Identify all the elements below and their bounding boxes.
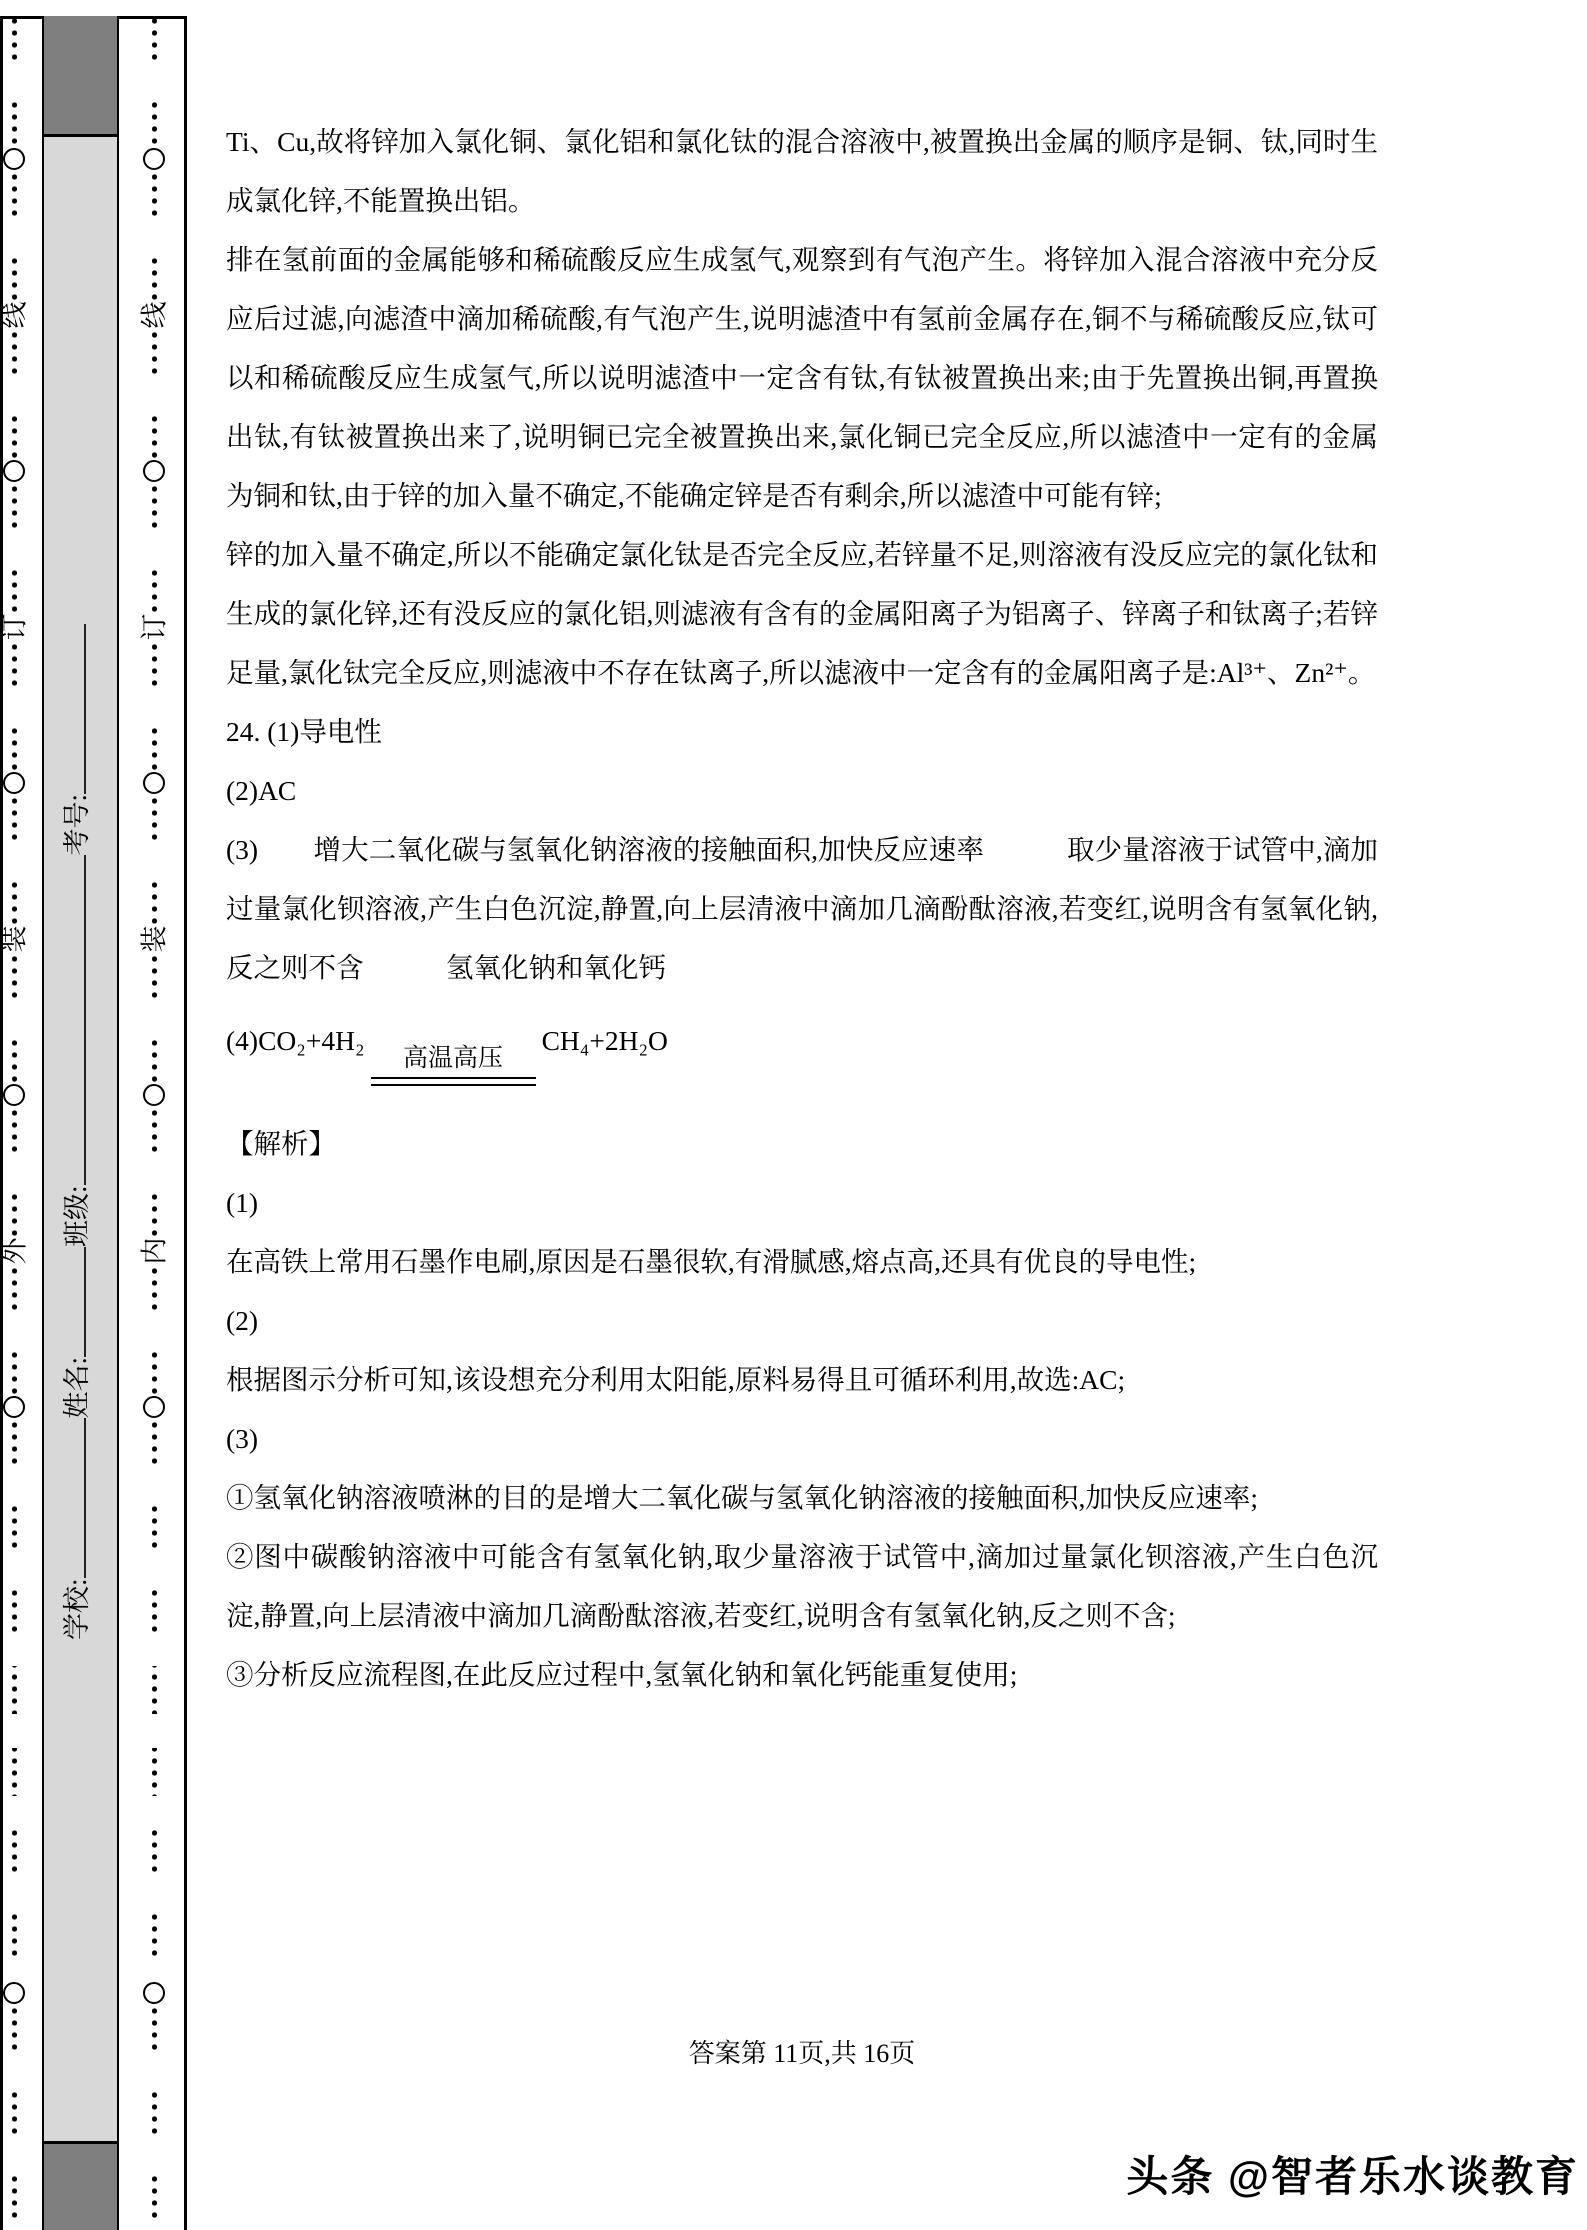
punch-hole-circle bbox=[143, 1396, 165, 1418]
solution-paragraph: Ti、Cu,故将锌加入氯化铜、氯化铝和氯化钛的混合溶液中,被置换出金属的顺序是铜… bbox=[226, 112, 1378, 230]
analysis-paragraph: ③分析反应流程图,在此反应过程中,氢氧化钠和氧化钙能重复使用; bbox=[226, 1645, 1378, 1704]
dotted-line-segment bbox=[152, 1266, 157, 1394]
binding-dotted-line-outer: 线 订 装 外 bbox=[0, 16, 34, 2230]
answer-24-3: (3) 增大二氧化碳与氢氧化钠溶液的接触面积,加快反应速率 取少量溶液于试管中,… bbox=[226, 820, 1378, 997]
analysis-paragraph: ②图中碳酸钠溶液中可能含有氢氧化钠,取少量溶液于试管中,滴加过量氯化钡溶液,产生… bbox=[226, 1527, 1378, 1645]
dotted-line-segment bbox=[152, 1108, 157, 1236]
exam-answer-page: { "page": { "footer": "答案第 11页,共 16页", "… bbox=[0, 0, 1587, 2230]
analysis-paragraph: 在高铁上常用石墨作电刷,原因是石墨很软,有滑腻感,熔点高,还具有优良的导电性; bbox=[226, 1232, 1378, 1291]
dotted-line-segment bbox=[152, 954, 157, 1082]
field-examno-label: 考号: bbox=[59, 794, 95, 856]
field-class-blank-line bbox=[56, 855, 86, 1185]
analysis-item-label: (2) bbox=[226, 1291, 1378, 1350]
watermark: 头条 @智者乐水谈教育 bbox=[1126, 2144, 1579, 2204]
binding-char-stitch: 订 bbox=[0, 614, 29, 641]
analysis-paragraph: 根据图示分析可知,该设想充分利用太阳能,原料易得且可循环利用,故选:AC; bbox=[226, 1350, 1378, 1409]
equation-reactants: (4)CO₂+4H₂ bbox=[226, 1025, 365, 1056]
punch-hole-circle bbox=[143, 772, 165, 794]
dotted-line-segment bbox=[152, 2006, 157, 2230]
dotted-line-segment bbox=[152, 1420, 157, 1980]
dotted-line-segment bbox=[12, 1266, 17, 1394]
dotted-line-segment bbox=[12, 172, 17, 300]
solution-paragraph: 排在氢前面的金属能够和稀硫酸反应生成氢气,观察到有气泡产生。将锌加入混合溶液中充… bbox=[226, 230, 1378, 525]
equation-condition-label: 高温高压 bbox=[403, 1044, 503, 1074]
field-class-label: 班级: bbox=[59, 1185, 95, 1247]
binding-char-line: 线 bbox=[0, 302, 29, 329]
analysis-item-label: (3) bbox=[226, 1409, 1378, 1468]
strip-dark-block-top bbox=[44, 16, 117, 137]
field-school-blank-line bbox=[56, 1418, 86, 1578]
analysis-header: 【解析】 bbox=[226, 1114, 1378, 1173]
analysis-paragraph: ①氢氧化钠溶液喷淋的目的是增大二氧化碳与氢氧化钠溶液的接触面积,加快反应速率; bbox=[226, 1468, 1378, 1527]
equation-double-line bbox=[371, 1077, 536, 1086]
analysis-item-label: (1) bbox=[226, 1173, 1378, 1232]
dotted-line-segment bbox=[12, 2006, 17, 2230]
dotted-line-segment bbox=[152, 484, 157, 612]
dotted-line-segment bbox=[12, 796, 17, 924]
dotted-line-segment bbox=[12, 1420, 17, 1980]
punch-hole-circle bbox=[143, 1084, 165, 1106]
student-info-fields: 学校: 姓名: 班级: 考号: bbox=[56, 490, 95, 1640]
dotted-line-segment bbox=[152, 330, 157, 458]
binding-char-bind: 装 bbox=[0, 926, 29, 953]
punch-hole-circle bbox=[3, 772, 25, 794]
equation-condition: 高温高压 bbox=[371, 1044, 536, 1086]
dotted-line-segment bbox=[152, 796, 157, 924]
dotted-line-segment bbox=[12, 16, 17, 146]
punch-hole-circle bbox=[3, 1396, 25, 1418]
dotted-line-segment bbox=[12, 330, 17, 458]
dotted-line-segment bbox=[12, 954, 17, 1082]
punch-hole-circle bbox=[143, 148, 165, 170]
binding-char-stitch: 订 bbox=[139, 614, 169, 641]
field-examno-blank-line bbox=[56, 624, 86, 794]
binding-dotted-line-inner: 线 订 装 内 bbox=[134, 16, 174, 2230]
answer-24-2: (2)AC bbox=[226, 761, 1378, 820]
field-name-blank-line bbox=[56, 1247, 86, 1357]
binding-char-bind: 装 bbox=[139, 926, 169, 953]
solution-paragraph: 锌的加入量不确定,所以不能确定氯化钛是否完全反应,若锌量不足,则溶液有没反应完的… bbox=[226, 525, 1378, 702]
punch-hole-circle bbox=[143, 460, 165, 482]
punch-hole-circle bbox=[3, 1982, 25, 2004]
field-name-label: 姓名: bbox=[59, 1357, 95, 1419]
punch-hole-circle bbox=[3, 460, 25, 482]
strip-dark-block-bottom bbox=[44, 2141, 117, 2230]
answer-content: Ti、Cu,故将锌加入氯化铜、氯化铝和氯化钛的混合溶液中,被置换出金属的顺序是铜… bbox=[226, 112, 1378, 1704]
answer-24-1: 24. (1)导电性 bbox=[226, 702, 1378, 761]
dotted-line-segment bbox=[152, 642, 157, 770]
binding-char-outside: 外 bbox=[0, 1238, 29, 1265]
field-school-label: 学校: bbox=[59, 1578, 95, 1640]
dotted-line-segment bbox=[12, 484, 17, 612]
dotted-line-segment bbox=[152, 16, 157, 146]
chemical-equation: (4)CO₂+4H₂高温高压CH₄+2H₂O bbox=[226, 1011, 1378, 1086]
punch-hole-circle bbox=[143, 1982, 165, 2004]
equation-products: CH₄+2H₂O bbox=[542, 1025, 668, 1056]
dotted-line-segment bbox=[12, 1108, 17, 1236]
page-footer: 答案第 11页,共 16页 bbox=[226, 2038, 1378, 2070]
binding-char-line: 线 bbox=[139, 302, 169, 329]
dotted-line-segment bbox=[152, 172, 157, 300]
punch-hole-circle bbox=[3, 1084, 25, 1106]
dotted-line-segment bbox=[12, 642, 17, 770]
punch-hole-circle bbox=[3, 148, 25, 170]
binding-char-inside: 内 bbox=[139, 1238, 169, 1265]
